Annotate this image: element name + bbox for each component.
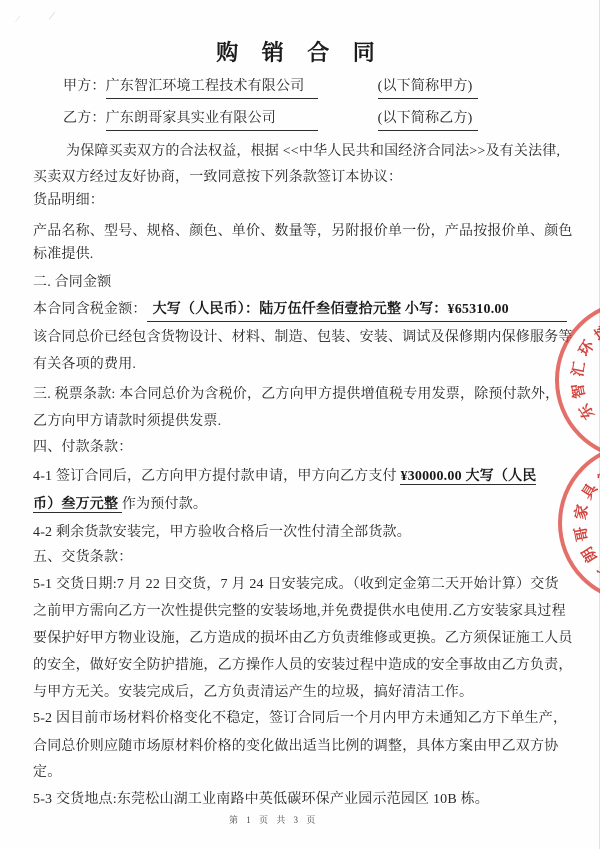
clause-4-2: 4-2 剩余货款安装完，甲方验收合格后一次性付清全部货款。 bbox=[33, 522, 411, 544]
seal-character: 东 bbox=[593, 558, 600, 584]
goods-line-1: 产品名称、型号、规格、颜色、单价、数量等，另附报价单一份，产品按报价单、颜色 bbox=[33, 221, 573, 243]
clause-5-2-line-1: 5-2 因目前市场材料价格变化不稳定，签订合同后一个月内甲方未通知乙方下单生产， bbox=[33, 708, 567, 730]
party-b-name: 广东朗哥家具实业有限公司 bbox=[106, 108, 318, 131]
party-b-alias: (以下简称乙方) bbox=[378, 108, 478, 131]
party-a-name: 广东智汇环境工程技术有限公司 bbox=[106, 76, 318, 99]
seal-character: 家 bbox=[569, 503, 592, 522]
clause-5-1-line-4: 的安全，做好安全防护措施，乙方操作人员的安装过程中造成的安全事故由乙方负责， bbox=[33, 655, 573, 677]
seal-character: 哥 bbox=[569, 525, 592, 544]
seal-ring bbox=[555, 300, 600, 460]
contract-page: / / 购 销 合 同 甲方：广东智汇环境工程技术有限公司(以下简称甲方) 乙方… bbox=[0, 0, 600, 849]
section-5-heading: 五、交货条款： bbox=[33, 547, 132, 569]
clause-4-1-line-2: 币）叁万元整 作为预付款。 bbox=[33, 494, 207, 516]
party-b-seal: 实 具 家 哥 朗 东 bbox=[558, 443, 600, 603]
party-a-alias: (以下简称甲方) bbox=[378, 76, 478, 99]
party-a-seal: 境 环 汇 智 东 bbox=[555, 300, 600, 460]
section-3-line-1: 三. 税票条款: 本合同总价为含税价，乙方向甲方提供增值税专用发票，除预付款外， bbox=[33, 384, 559, 406]
section-3-line-2: 乙方向甲方请款时须提供发票. bbox=[33, 411, 221, 433]
clause-4-1-tail: 作为预付款。 bbox=[122, 497, 207, 512]
goods-line-2: 标准提供. bbox=[33, 244, 94, 266]
amount-label: 本合同含税金额： bbox=[33, 299, 147, 322]
clause-5-1-line-2: 之前甲方需向乙方一次性提供完整的安装场地,并免费提供水电使用.乙方安装家具过程 bbox=[33, 601, 566, 623]
clause-4-1-line-1: 4-1 签订合同后，乙方向甲方提付款申请，甲方向乙方支付 ¥30000.00 大… bbox=[33, 466, 536, 488]
party-b-label: 乙方： bbox=[63, 111, 106, 126]
clause-5-1-line-1: 5-1 交货日期:7 月 22 日交货，7 月 24 日安装完成。（收到定金第二… bbox=[33, 574, 559, 596]
prepayment-amount: ¥30000.00 大写（人民 bbox=[400, 469, 536, 485]
document-title: 购 销 合 同 bbox=[0, 36, 600, 67]
seal-ring bbox=[558, 443, 600, 603]
scan-smudge: / bbox=[14, 14, 20, 25]
seal-character: 汇 bbox=[566, 360, 589, 379]
section-2-heading: 二. 合同金额 bbox=[33, 272, 111, 294]
prepayment-amount-words: 币）叁万元整 bbox=[33, 497, 122, 513]
party-b-row: 乙方：广东朗哥家具实业有限公司(以下简称乙方) bbox=[63, 108, 478, 131]
amount-value: 大写（人民币）：陆万伍仟叁佰壹拾元整 小写：¥65310.00 bbox=[147, 299, 567, 322]
seal-character: 智 bbox=[566, 382, 589, 401]
preamble-line-2: 买卖双方经过友好协商，一致同意按下列条款签订本协议： bbox=[33, 167, 402, 189]
clause-5-1-line-3: 要保护好甲方物业设施，乙方造成的损坏由乙方负责维修或更换。乙方须保证施工人员 bbox=[33, 628, 573, 650]
clause-5-2-line-3: 定。 bbox=[33, 762, 61, 784]
amount-note-2: 有关各项的费用. bbox=[33, 354, 136, 376]
seal-character: 朗 bbox=[576, 543, 600, 567]
clause-5-2-line-2: 合同总价则应随市场原材料价格的变化做出适当比例的调整，具体方案由甲乙双方协 bbox=[33, 736, 558, 758]
party-a-row: 甲方：广东智汇环境工程技术有限公司(以下简称甲方) bbox=[63, 76, 478, 99]
clause-4-1-text: 4-1 签订合同后，乙方向甲方提付款申请，甲方向乙方支付 bbox=[33, 469, 400, 484]
seal-character: 东 bbox=[573, 400, 599, 424]
seal-character: 实 bbox=[593, 463, 600, 489]
seal-character: 具 bbox=[576, 479, 600, 503]
seal-character: 境 bbox=[590, 320, 600, 346]
seal-character: 环 bbox=[573, 336, 599, 360]
preamble-line-1: 为保障买卖双方的合法权益，根据 <<中华人民共和国经济合同法>>及有关法律, bbox=[66, 141, 560, 163]
party-a-label: 甲方： bbox=[63, 79, 106, 94]
clause-5-3: 5-3 交货地点:东莞松山湖工业南路中英低碳环保产业园示范园区 10B 栋。 bbox=[33, 789, 489, 811]
section-4-heading: 四、付款条款： bbox=[33, 437, 132, 459]
clause-5-1-line-5: 与甲方无关。安装完成后，乙方负责清运产生的垃圾，搞好清洁工作。 bbox=[33, 682, 473, 704]
page-number: 第 1 页 共 3 页 bbox=[229, 813, 318, 826]
scan-smudge: / bbox=[47, 8, 56, 24]
goods-heading: 货品明细： bbox=[33, 190, 104, 212]
contract-amount-row: 本合同含税金额：大写（人民币）：陆万伍仟叁佰壹拾元整 小写：¥65310.00 bbox=[33, 299, 567, 322]
amount-note-1: 该合同总价已经包含货物设计、材料、制造、包装、安装、调试及保修期内保修服务等 bbox=[33, 327, 573, 349]
